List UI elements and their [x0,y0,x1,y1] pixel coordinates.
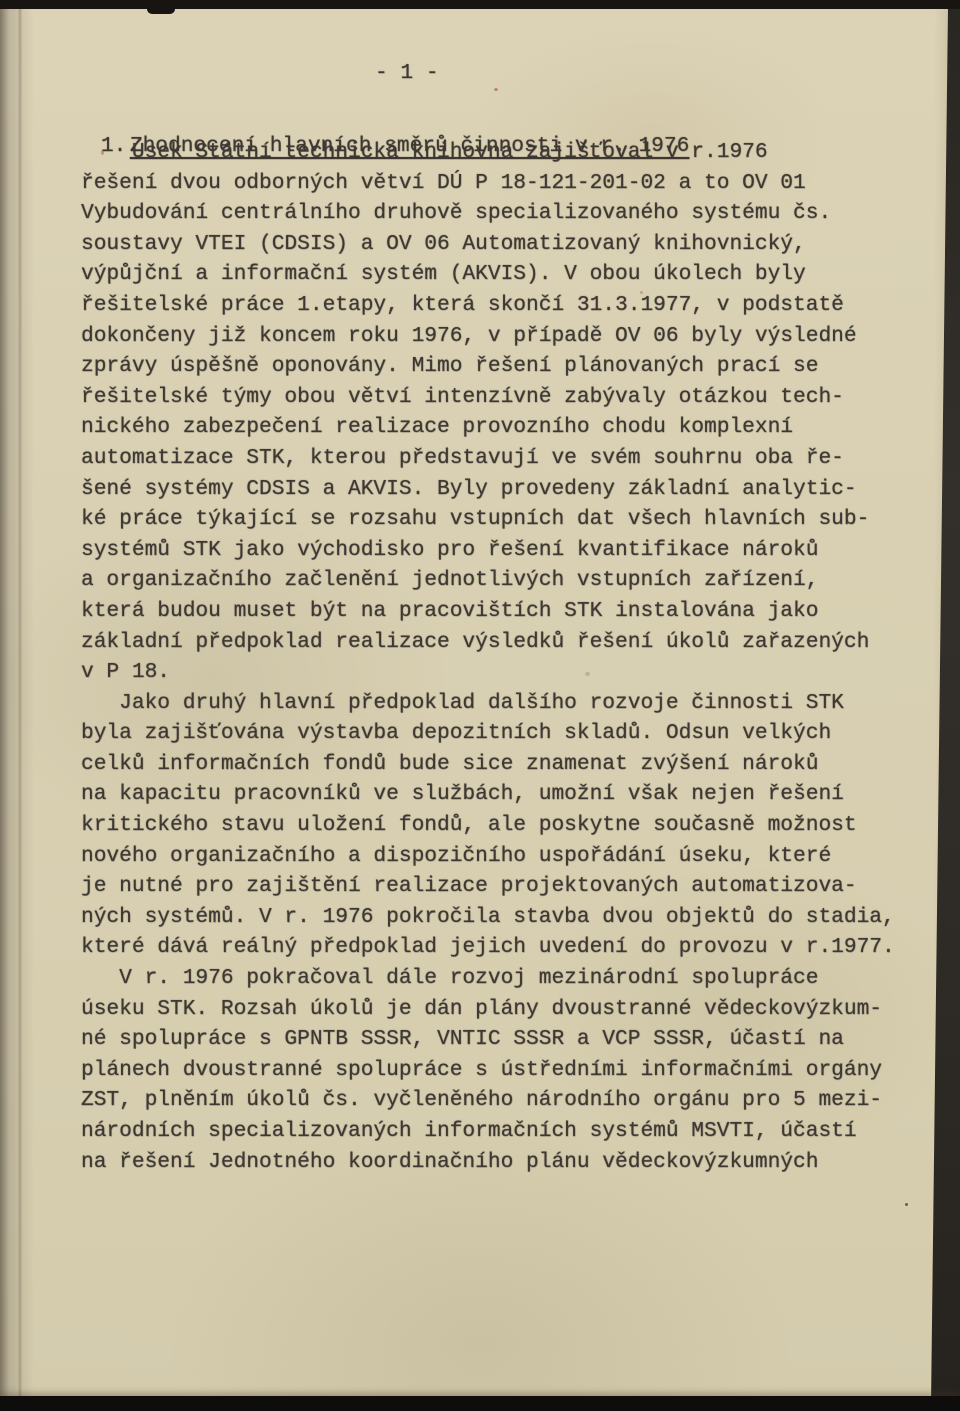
text-line: Vybudování centrálního druhově specializ… [81,198,895,229]
text-line: základní předpoklad realizace výsledků ř… [81,627,895,658]
document-body: Úsek Státní technická knihovna zajišťova… [81,137,895,1177]
document-page: - 1 - 1.Zhodnocení hlavních směrů činnos… [0,0,960,1411]
text-line: V r. 1976 pokračoval dále rozvoj mezinár… [81,963,895,994]
scan-border-notch [147,0,175,14]
text-line: soustavy VTEI (CDSIS) a OV 06 Automatizo… [81,229,895,260]
paper-stain [494,88,498,91]
text-line: zprávy úspěšně oponovány. Mimo řešení pl… [81,351,895,382]
text-line: byla zajišťována výstavba depozitních sk… [81,718,895,749]
text-line: nického zabezpečení realizace provozního… [81,412,895,443]
paper-stain [640,291,643,294]
text-line: celků informačních fondů bude sice zname… [81,749,895,780]
scan-border-bottom [0,1396,960,1411]
text-line: která budou muset být na pracovištích ST… [81,596,895,627]
text-line: šené systémy CDSIS a AKVIS. Byly provede… [81,474,895,505]
page-number: - 1 - [375,58,439,89]
text-line: automatizace STK, kterou představují ve … [81,443,895,474]
text-line: kritického stavu uložení fondů, ale posk… [81,810,895,841]
text-line: na řešení Jednotného koordinačního plánu… [81,1147,895,1178]
text-line: ZST, plněním úkolů čs. vyčleněného národ… [81,1085,895,1116]
scan-border-top [0,0,960,9]
text-line: plánech dvoustranné spolupráce s ústředn… [81,1055,895,1086]
text-line: dokončeny již koncem roku 1976, v případ… [81,321,895,352]
text-line: výpůjční a informační systém (AKVIS). V … [81,259,895,290]
text-line: je nutné pro zajištění realizace projekt… [81,871,895,902]
text-line: řešitelské týmy obou větví intenzívně za… [81,382,895,413]
text-line: a organizačního začlenění jednotlivých v… [81,565,895,596]
text-line: nového organizačního a dispozičního uspo… [81,841,895,872]
text-line: né spolupráce s GPNTB SSSR, VNTIC SSSR a… [81,1024,895,1055]
text-line: ké práce týkající se rozsahu vstupních d… [81,504,895,535]
text-line: řešení dvou odborných větví DÚ P 18-121-… [81,168,895,199]
text-line: které dává reálný předpoklad jejich uved… [81,932,895,963]
text-line: na kapacitu pracovníků ve službách, umož… [81,779,895,810]
text-line: v P 18. [81,657,895,688]
paper-stain [905,1203,908,1206]
text-line: ných systémů. V r. 1976 pokročila stavba… [81,902,895,933]
text-line: Úsek Státní technická knihovna zajišťova… [81,137,895,168]
text-line: řešitelské práce 1.etapy, která skončí 3… [81,290,895,321]
text-line: systémů STK jako východisko pro řešení k… [81,535,895,566]
paper-stain [101,150,104,155]
paper-stain [585,672,590,676]
text-line: úseku STK. Rozsah úkolů je dán plány dvo… [81,994,895,1025]
text-line: Jako druhý hlavní předpoklad dalšího roz… [81,688,895,719]
text-line: národních specializovaných informačních … [81,1116,895,1147]
